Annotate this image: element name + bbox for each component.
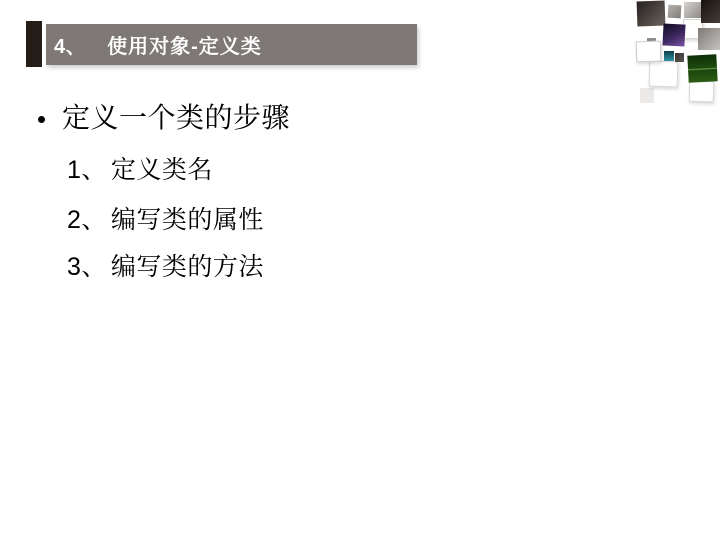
list-item-text: 编写类的属性 <box>111 206 264 234</box>
list-item: 2、编写类的属性 <box>67 207 264 235</box>
list-item-number: 3、 <box>67 253 107 281</box>
list-item-text: 编写类的方法 <box>111 253 264 281</box>
slide: 4、 使用对象-定义类 定义一个类的步骤 1、定义类名 2、编写类的属性 3、编… <box>0 0 720 540</box>
list-item: 1、定义类名 <box>67 157 213 185</box>
list-item-number: 1、 <box>67 156 107 184</box>
list-item-text: 定义类名 <box>111 156 213 184</box>
bullet-text: 定义一个类的步骤 <box>62 103 290 134</box>
list-item: 3、编写类的方法 <box>67 254 264 282</box>
list-item-number: 2、 <box>67 206 107 234</box>
slide-content: 定义一个类的步骤 1、定义类名 2、编写类的属性 3、编写类的方法 <box>0 0 720 540</box>
bullet-marker-icon <box>38 116 45 123</box>
